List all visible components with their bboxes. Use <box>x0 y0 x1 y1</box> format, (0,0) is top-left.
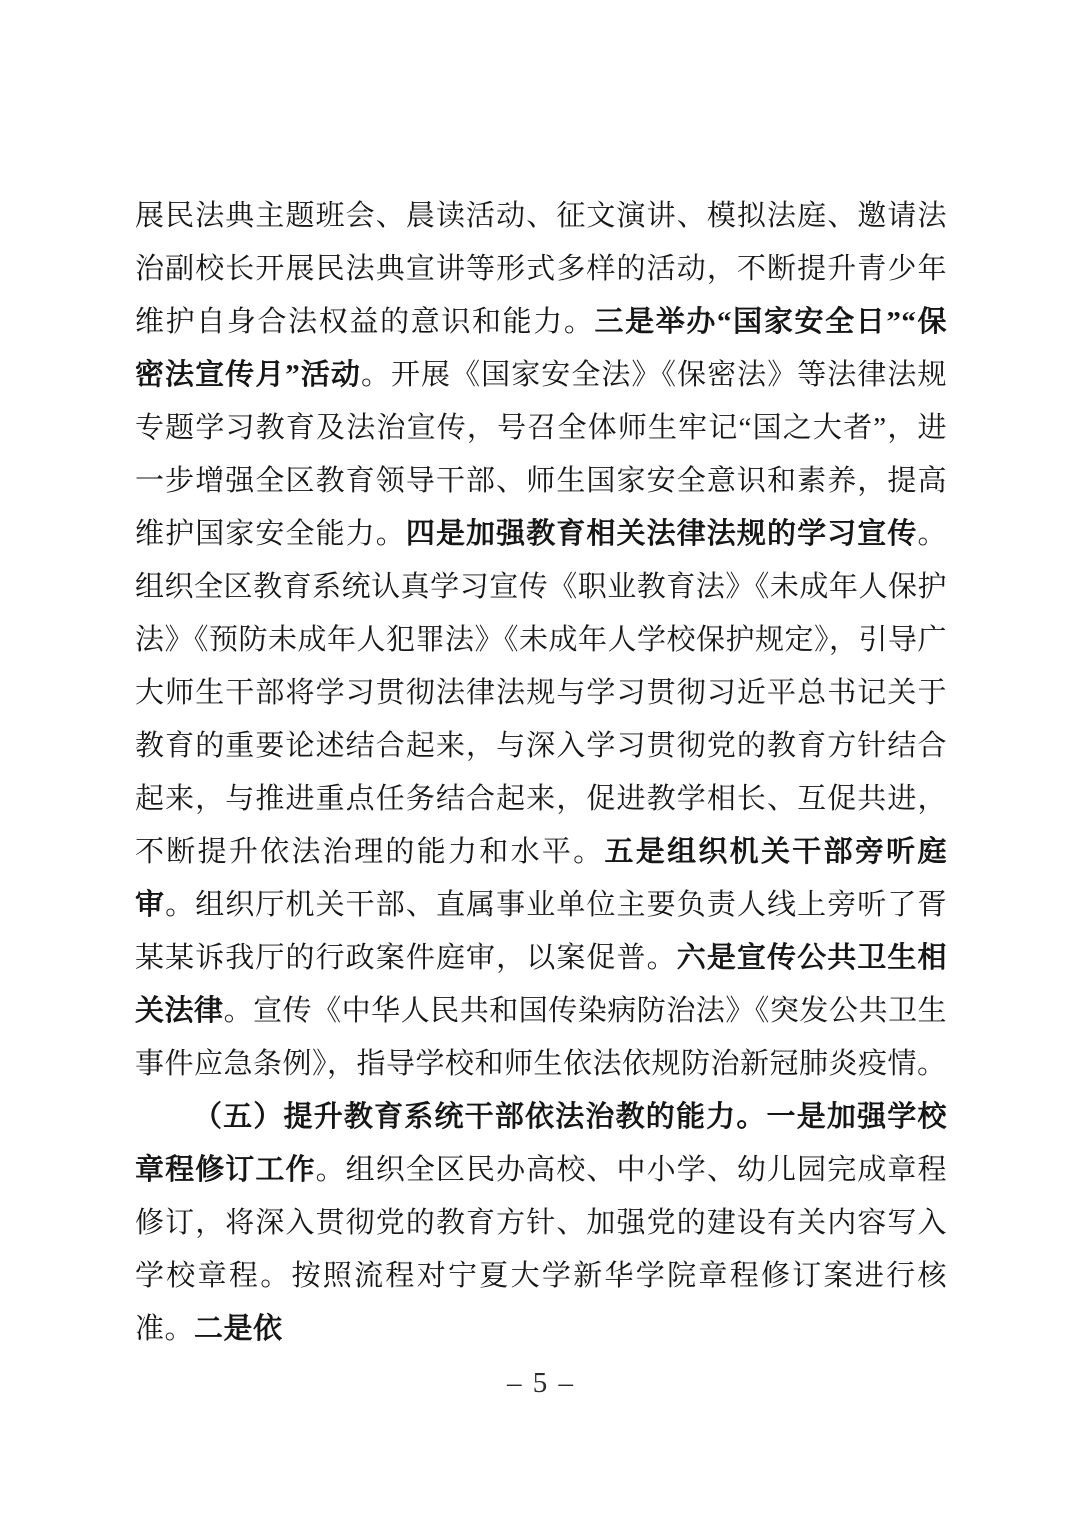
page-footer: – 5 – <box>135 1363 947 1403</box>
body-text: 。组织全区教育系统认真学习宣传《职业教育法》《未成年人保护法》《预防未成年人犯罪… <box>135 518 947 868</box>
body-text: 。宣传《中华人民共和国传染病防治法》《突发公共卫生事件应急条例》，指导学校和师生… <box>135 995 947 1080</box>
document-body: 展民法典主题班会、晨读活动、征文演讲、模拟法庭、邀请法治副校长开展民法典宣讲等形… <box>135 190 947 1356</box>
paragraph-continuation: 展民法典主题班会、晨读活动、征文演讲、模拟法庭、邀请法治副校长开展民法典宣讲等形… <box>135 190 947 1091</box>
paragraph-section-five: （五）提升教育系统干部依法治教的能力。一是加强学校章程修订工作。组织全区民办高校… <box>135 1091 947 1356</box>
page-number: – 5 – <box>507 1367 575 1399</box>
heading-inline-second-item: 二是依 <box>194 1313 283 1345</box>
heading-inline-fourth-item: 四是加强教育相关法律法规的学习宣传 <box>406 518 918 550</box>
document-page: 展民法典主题班会、晨读活动、征文演讲、模拟法庭、邀请法治副校长开展民法典宣讲等形… <box>0 0 1074 1520</box>
